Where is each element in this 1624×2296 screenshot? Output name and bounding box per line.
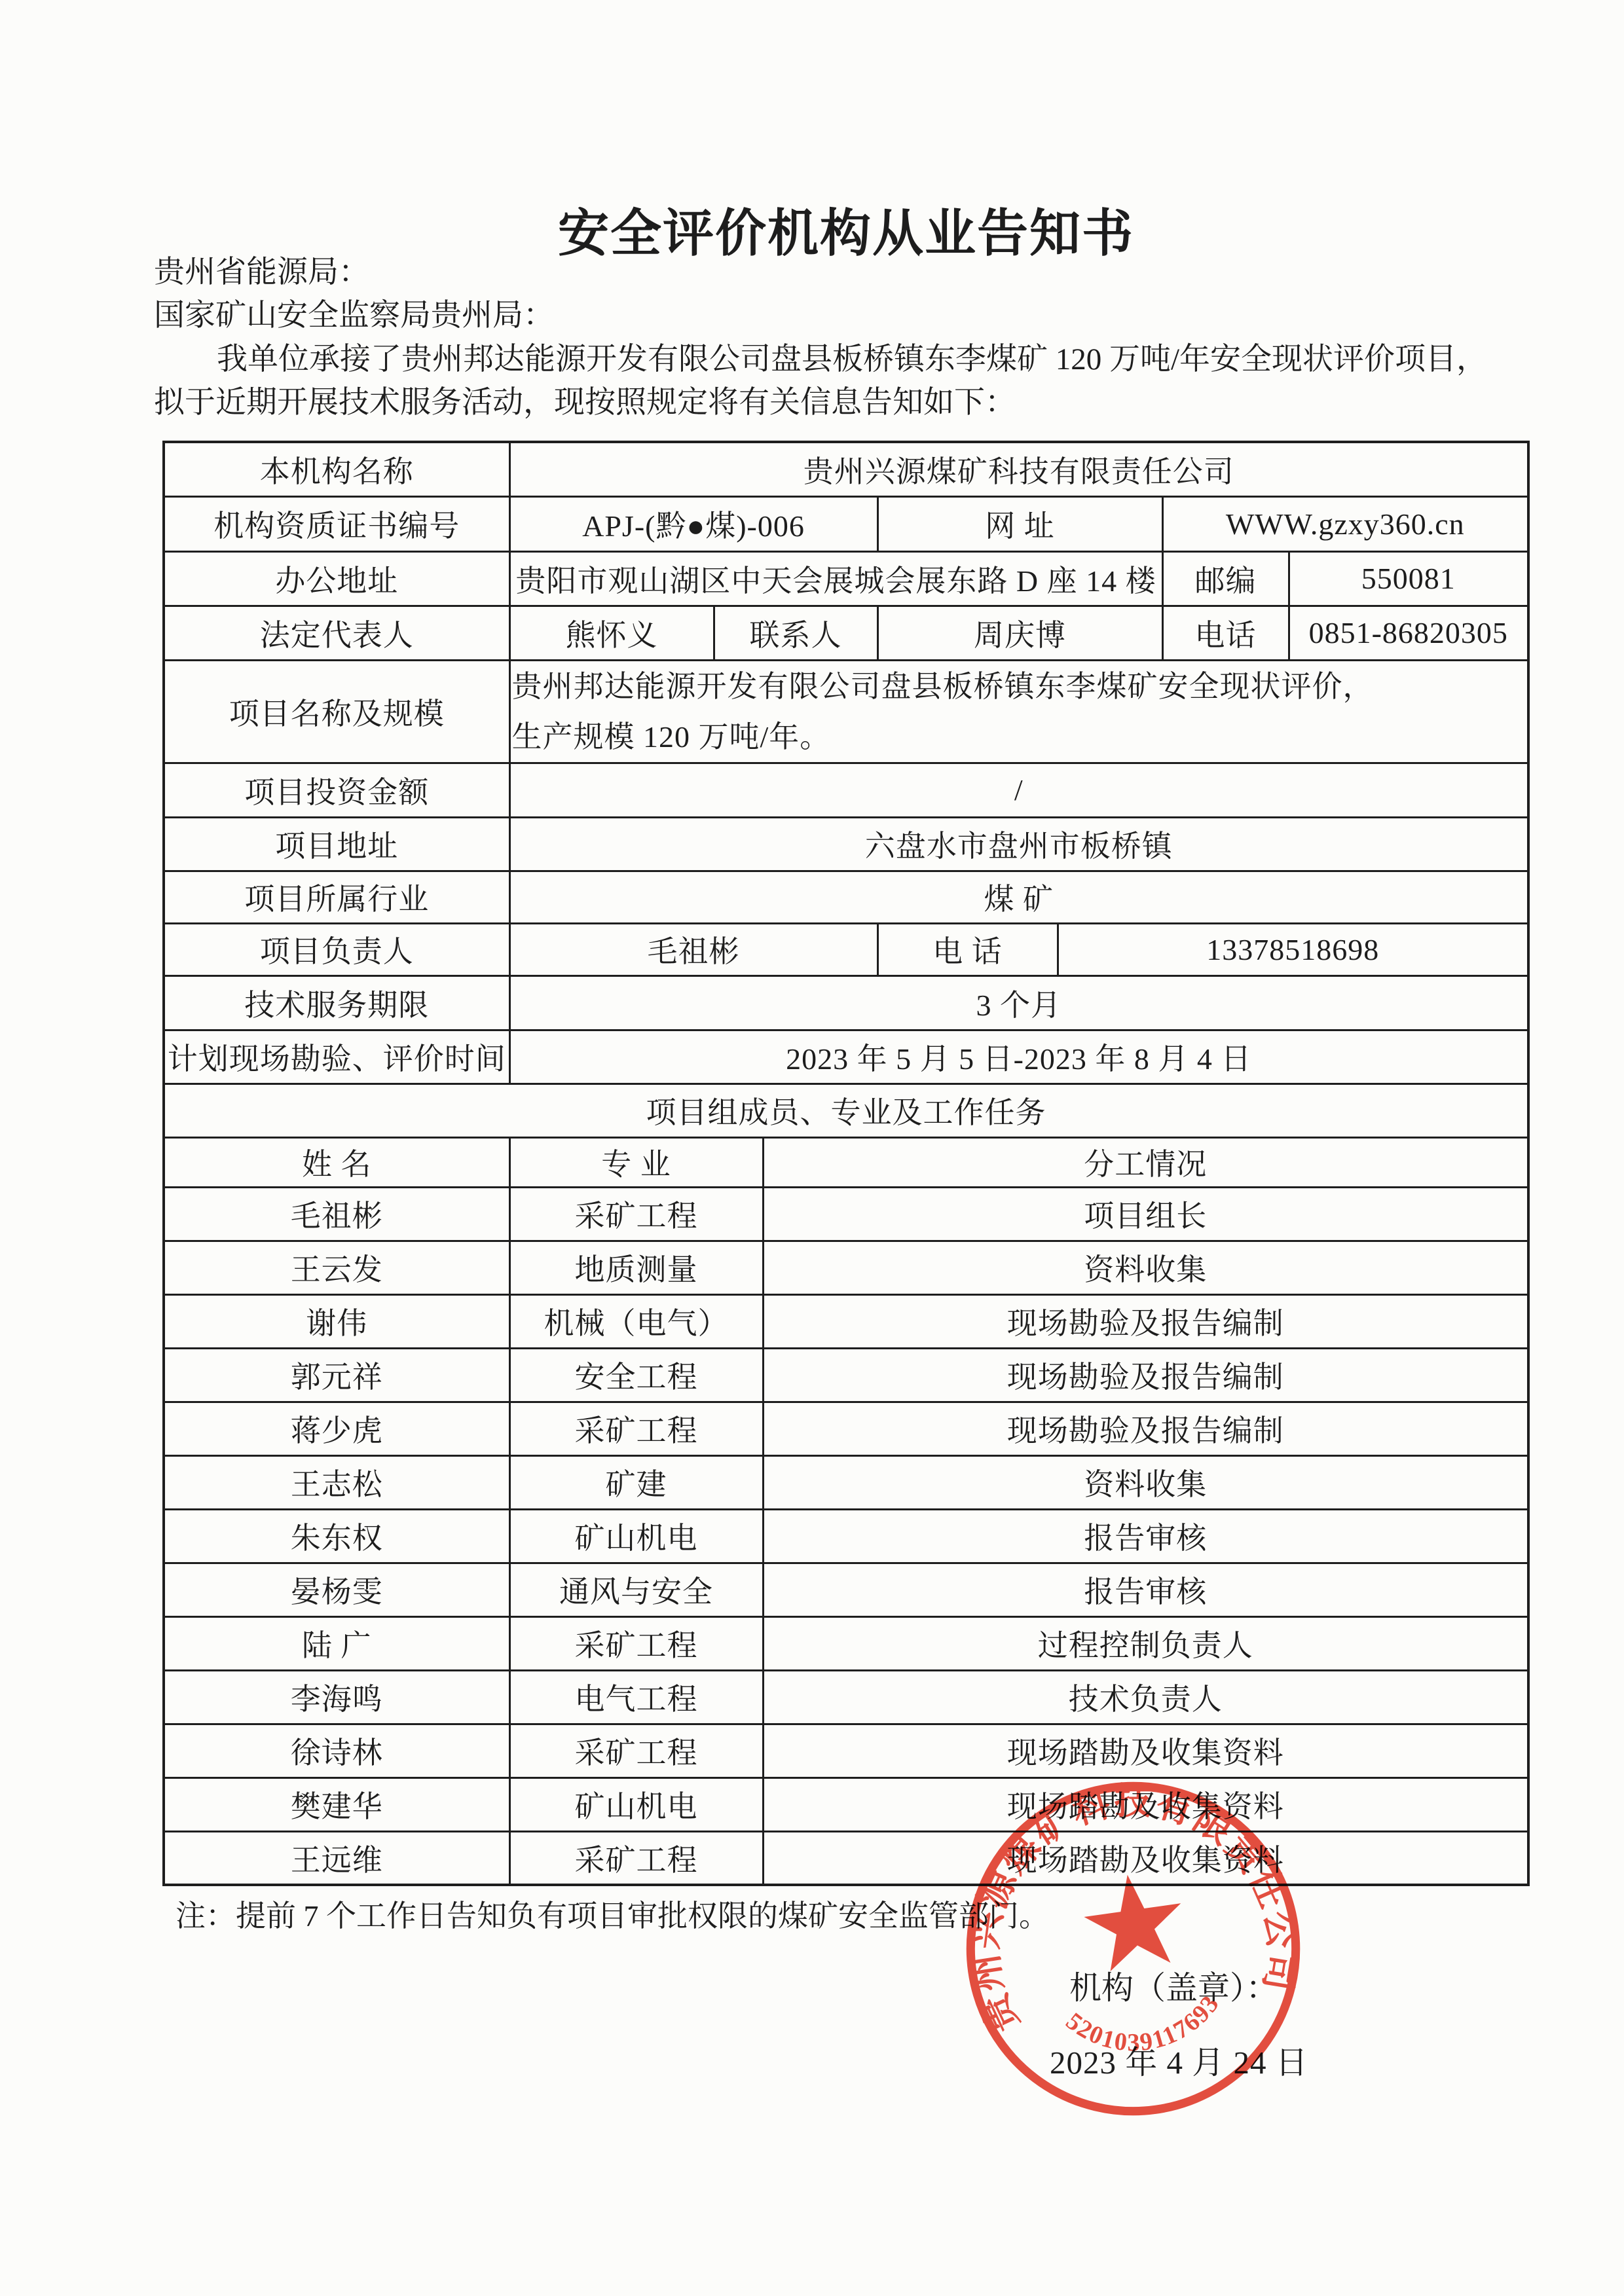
members-title-row: 项目组成员、专业及工作任务 bbox=[164, 1084, 1528, 1137]
leader-phone-label: 电 话 bbox=[877, 923, 1058, 975]
member-major: 矿建 bbox=[509, 1455, 763, 1509]
member-duty: 报告审核 bbox=[763, 1563, 1528, 1616]
member-row: 陆 广 采矿工程 过程控制负责人 bbox=[164, 1616, 1528, 1670]
recipient-line-2: 国家矿山安全监察局贵州局： bbox=[154, 296, 554, 335]
intro-line-1: 我单位承接了贵州邦达能源开发有限公司盘县板桥镇东李煤矿 120 万吨/年安全现状… bbox=[217, 340, 1487, 379]
member-duty: 现场勘验及报告编制 bbox=[763, 1294, 1528, 1348]
duration-value: 3 个月 bbox=[509, 975, 1528, 1030]
investment-value: / bbox=[509, 763, 1528, 817]
info-table: 本机构名称 贵州兴源煤矿科技有限责任公司 机构资质证书编号 APJ-(黔●煤)-… bbox=[162, 441, 1530, 1886]
project-value: 贵州邦达能源开发有限公司盘县板桥镇东李煤矿安全现状评价， 生产规模 120 万吨… bbox=[509, 660, 1528, 763]
member-major: 通风与安全 bbox=[509, 1563, 763, 1616]
leader-value: 毛祖彬 bbox=[509, 923, 877, 975]
office-value: 贵阳市观山湖区中天会展城会展东路 D 座 14 楼 bbox=[509, 551, 1162, 606]
member-row: 王云发 地质测量 资料收集 bbox=[164, 1241, 1528, 1294]
member-row: 王志松 矿建 资料收集 bbox=[164, 1455, 1528, 1509]
note-line: 注：提前 7 个工作日告知负有项目审批权限的煤矿安全监管部门。 bbox=[175, 1892, 1049, 1935]
phone-label: 电话 bbox=[1162, 606, 1289, 660]
table-row: 项目负责人 毛祖彬 电 话 13378518698 bbox=[164, 923, 1528, 975]
industry-label: 项目所属行业 bbox=[164, 871, 509, 923]
table-row: 项目所属行业 煤 矿 bbox=[164, 871, 1528, 923]
recipient-line-1: 贵州省能源局： bbox=[154, 253, 369, 292]
duration-label: 技术服务期限 bbox=[164, 975, 509, 1030]
member-row: 徐诗林 采矿工程 现场踏勘及收集资料 bbox=[164, 1724, 1528, 1777]
member-major: 采矿工程 bbox=[509, 1724, 763, 1777]
member-row: 王远维 采矿工程 现场踏勘及收集资料 bbox=[164, 1831, 1528, 1885]
member-major: 采矿工程 bbox=[509, 1831, 763, 1885]
member-duty-header: 分工情况 bbox=[763, 1137, 1528, 1187]
member-duty: 报告审核 bbox=[763, 1509, 1528, 1563]
member-name: 陆 广 bbox=[164, 1616, 509, 1670]
member-name: 王志松 bbox=[164, 1455, 509, 1509]
member-name: 王云发 bbox=[164, 1241, 509, 1294]
leader-phone-value: 13378518698 bbox=[1058, 923, 1528, 975]
member-duty: 现场踏勘及收集资料 bbox=[763, 1724, 1528, 1777]
member-row: 李海鸣 电气工程 技术负责人 bbox=[164, 1670, 1528, 1724]
project-line-1: 贵州邦达能源开发有限公司盘县板桥镇东李煤矿安全现状评价， bbox=[511, 661, 1528, 712]
table-row: 项目投资金额 / bbox=[164, 763, 1528, 817]
legal-rep-value: 熊怀义 bbox=[509, 606, 714, 660]
org-name-value: 贵州兴源煤矿科技有限责任公司 bbox=[509, 442, 1528, 496]
schedule-label: 计划现场勘验、评价时间 bbox=[164, 1030, 509, 1084]
member-row: 樊建华 矿山机电 现场踏勘及收集资料 bbox=[164, 1777, 1528, 1831]
leader-label: 项目负责人 bbox=[164, 923, 509, 975]
cert-value: APJ-(黔●煤)-006 bbox=[509, 496, 877, 551]
member-duty: 现场勘验及报告编制 bbox=[763, 1348, 1528, 1402]
table-row: 机构资质证书编号 APJ-(黔●煤)-006 网 址 WWW.gzxy360.c… bbox=[164, 496, 1528, 551]
member-duty: 现场踏勘及收集资料 bbox=[763, 1831, 1528, 1885]
table-row: 办公地址 贵阳市观山湖区中天会展城会展东路 D 座 14 楼 邮编 550081 bbox=[164, 551, 1528, 606]
table-row: 计划现场勘验、评价时间 2023 年 5 月 5 日-2023 年 8 月 4 … bbox=[164, 1030, 1528, 1084]
member-name: 王远维 bbox=[164, 1831, 509, 1885]
member-name: 郭元祥 bbox=[164, 1348, 509, 1402]
member-major: 矿山机电 bbox=[509, 1777, 763, 1831]
members-title: 项目组成员、专业及工作任务 bbox=[164, 1084, 1528, 1137]
table-row: 法定代表人 熊怀义 联系人 周庆博 电话 0851-86820305 bbox=[164, 606, 1528, 660]
members-header-row: 姓 名 专 业 分工情况 bbox=[164, 1137, 1528, 1187]
member-name: 朱东权 bbox=[164, 1509, 509, 1563]
member-duty: 现场踏勘及收集资料 bbox=[763, 1777, 1528, 1831]
table-row: 本机构名称 贵州兴源煤矿科技有限责任公司 bbox=[164, 442, 1528, 496]
member-name: 樊建华 bbox=[164, 1777, 509, 1831]
date-line: 2023 年 4 月 24 日 bbox=[1050, 2037, 1308, 2083]
member-major: 地质测量 bbox=[509, 1241, 763, 1294]
member-duty: 资料收集 bbox=[763, 1241, 1528, 1294]
member-duty: 技术负责人 bbox=[763, 1670, 1528, 1724]
table-row: 项目地址 六盘水市盘州市板桥镇 bbox=[164, 817, 1528, 871]
website-value: WWW.gzxy360.cn bbox=[1162, 496, 1528, 551]
investment-label: 项目投资金额 bbox=[164, 763, 509, 817]
member-major: 采矿工程 bbox=[509, 1616, 763, 1670]
member-name: 谢伟 bbox=[164, 1294, 509, 1348]
table-row: 技术服务期限 3 个月 bbox=[164, 975, 1528, 1030]
member-row: 蒋少虎 采矿工程 现场勘验及报告编制 bbox=[164, 1402, 1528, 1455]
member-row: 晏杨雯 通风与安全 报告审核 bbox=[164, 1563, 1528, 1616]
industry-value: 煤 矿 bbox=[509, 871, 1528, 923]
member-duty: 过程控制负责人 bbox=[763, 1616, 1528, 1670]
postcode-value: 550081 bbox=[1289, 551, 1528, 606]
member-duty: 现场勘验及报告编制 bbox=[763, 1402, 1528, 1455]
org-name-label: 本机构名称 bbox=[164, 442, 509, 496]
member-duty: 项目组长 bbox=[763, 1187, 1528, 1241]
project-address-label: 项目地址 bbox=[164, 817, 509, 871]
member-name: 毛祖彬 bbox=[164, 1187, 509, 1241]
member-major: 采矿工程 bbox=[509, 1187, 763, 1241]
project-line-2: 生产规模 120 万吨/年。 bbox=[511, 712, 1528, 762]
cert-label: 机构资质证书编号 bbox=[164, 496, 509, 551]
document-page: 安全评价机构从业告知书 贵州省能源局： 国家矿山安全监察局贵州局： 我单位承接了… bbox=[0, 0, 1624, 2296]
member-name: 李海鸣 bbox=[164, 1670, 509, 1724]
member-row: 郭元祥 安全工程 现场勘验及报告编制 bbox=[164, 1348, 1528, 1402]
member-name-header: 姓 名 bbox=[164, 1137, 509, 1187]
contact-value: 周庆博 bbox=[877, 606, 1162, 660]
intro-line-2: 拟于近期开展技术服务活动，现按照规定将有关信息告知如下： bbox=[154, 383, 1016, 422]
member-name: 蒋少虎 bbox=[164, 1402, 509, 1455]
member-major: 矿山机电 bbox=[509, 1509, 763, 1563]
schedule-value: 2023 年 5 月 5 日-2023 年 8 月 4 日 bbox=[509, 1030, 1528, 1084]
legal-rep-label: 法定代表人 bbox=[164, 606, 509, 660]
member-duty: 资料收集 bbox=[763, 1455, 1528, 1509]
member-major: 采矿工程 bbox=[509, 1402, 763, 1455]
member-major-header: 专 业 bbox=[509, 1137, 763, 1187]
office-label: 办公地址 bbox=[164, 551, 509, 606]
contact-label: 联系人 bbox=[714, 606, 877, 660]
member-row: 毛祖彬 采矿工程 项目组长 bbox=[164, 1187, 1528, 1241]
member-name: 晏杨雯 bbox=[164, 1563, 509, 1616]
project-address-value: 六盘水市盘州市板桥镇 bbox=[509, 817, 1528, 871]
member-major: 安全工程 bbox=[509, 1348, 763, 1402]
website-label: 网 址 bbox=[877, 496, 1162, 551]
member-row: 谢伟 机械（电气） 现场勘验及报告编制 bbox=[164, 1294, 1528, 1348]
phone-value: 0851-86820305 bbox=[1289, 606, 1528, 660]
postcode-label: 邮编 bbox=[1162, 551, 1289, 606]
project-label: 项目名称及规模 bbox=[164, 660, 509, 763]
member-row: 朱东权 矿山机电 报告审核 bbox=[164, 1509, 1528, 1563]
member-major: 电气工程 bbox=[509, 1670, 763, 1724]
signature-label: 机构（盖章）： bbox=[1069, 1963, 1278, 2009]
member-major: 机械（电气） bbox=[509, 1294, 763, 1348]
table-row: 项目名称及规模 贵州邦达能源开发有限公司盘县板桥镇东李煤矿安全现状评价， 生产规… bbox=[164, 660, 1528, 763]
member-name: 徐诗林 bbox=[164, 1724, 509, 1777]
